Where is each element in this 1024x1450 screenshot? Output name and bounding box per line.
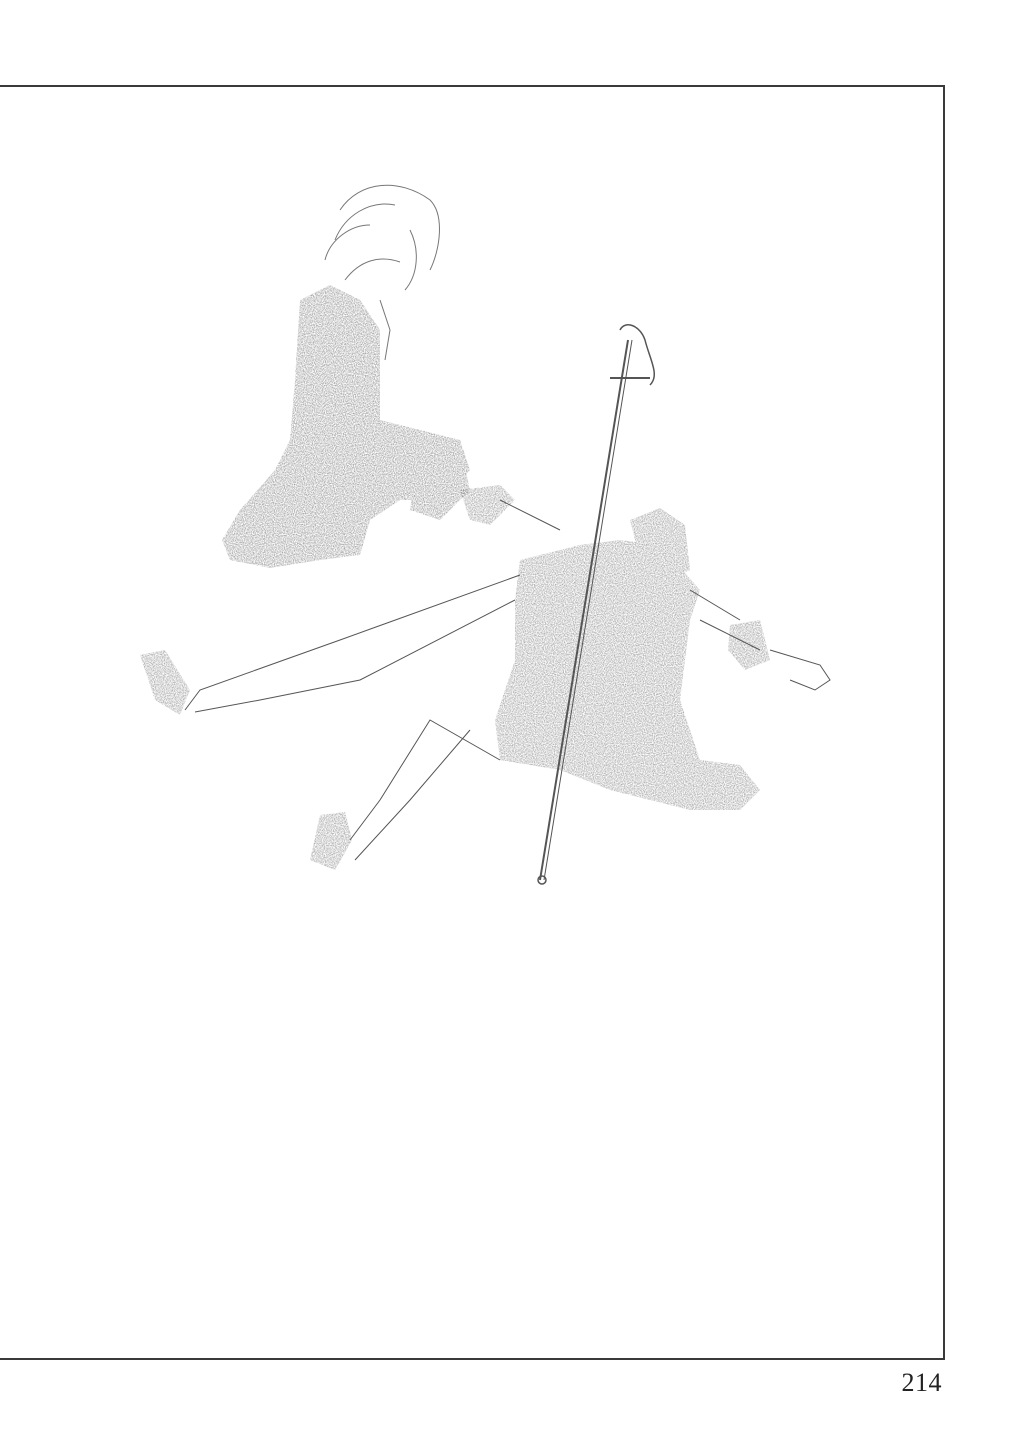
kneeling-figure xyxy=(222,285,470,568)
page-number: 214 xyxy=(902,1368,943,1398)
illustration xyxy=(0,0,1024,1450)
